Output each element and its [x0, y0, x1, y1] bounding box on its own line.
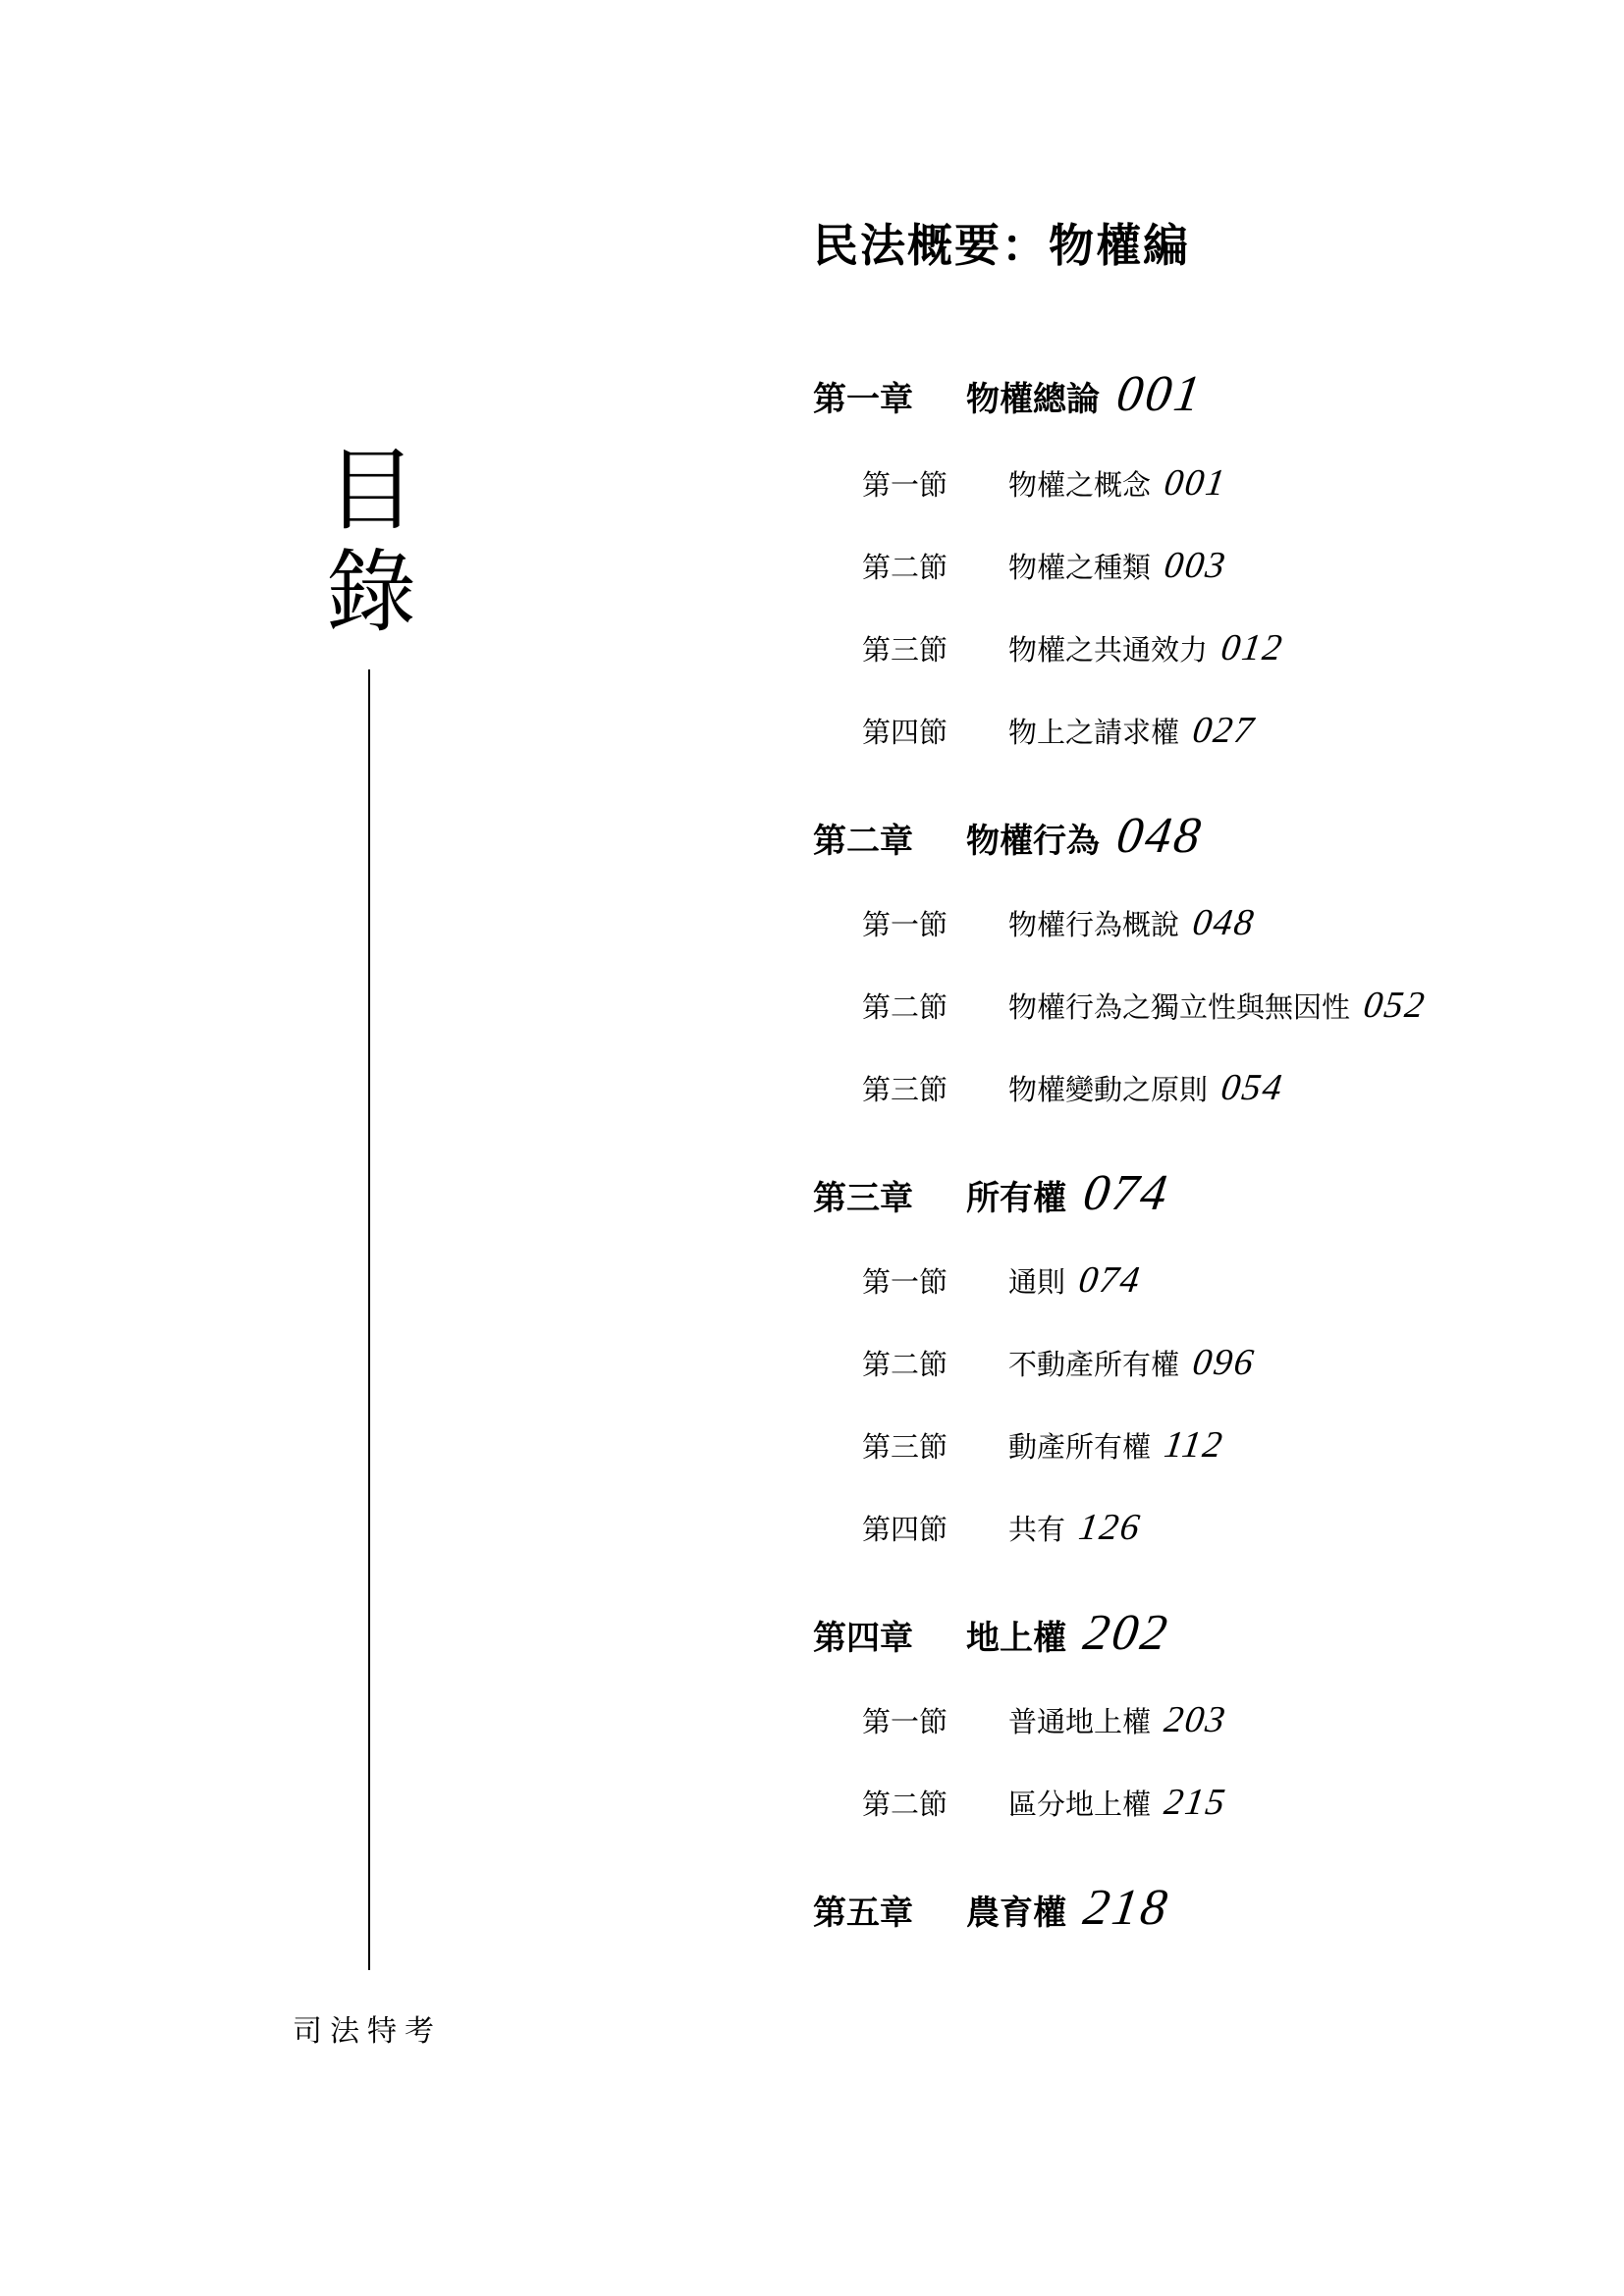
section-title: 通則	[1008, 1260, 1065, 1301]
section-entry[interactable]: 第二節 物權之種類 003	[862, 544, 1226, 587]
section-page-number: 003	[1162, 544, 1229, 587]
section-label: 第二節	[862, 1783, 1008, 1823]
section-entry[interactable]: 第二節 區分地上權 215	[862, 1781, 1226, 1824]
section-label: 第三節	[862, 1068, 1008, 1108]
section-page-number: 027	[1190, 709, 1258, 752]
section-entry[interactable]: 第一節 物權行為概說 048	[862, 901, 1255, 944]
section-title: 區分地上權	[1008, 1783, 1151, 1823]
section-page-number: 096	[1190, 1341, 1258, 1384]
section-title: 物權行為概說	[1008, 903, 1179, 943]
chapter-entry[interactable]: 第五章 農育權 218	[813, 1879, 1169, 1937]
section-title: 物權變動之原則	[1008, 1068, 1208, 1108]
section-entry[interactable]: 第一節 物權之概念 001	[862, 461, 1226, 505]
section-entry[interactable]: 第一節 通則 074	[862, 1258, 1141, 1302]
section-title: 物權之種類	[1008, 546, 1151, 586]
section-title: 共有	[1008, 1508, 1065, 1548]
section-label: 第一節	[862, 1700, 1008, 1740]
toc-heading-char-2: 錄	[322, 542, 420, 644]
section-page-number: 112	[1162, 1423, 1226, 1467]
section-entry[interactable]: 第三節 動產所有權 112	[862, 1423, 1223, 1467]
chapter-label: 第三章	[813, 1171, 966, 1219]
chapter-entry[interactable]: 第三章 所有權 074	[813, 1164, 1169, 1222]
section-label: 第一節	[862, 463, 1008, 504]
section-title: 物權行為之獨立性與無因性	[1008, 986, 1350, 1026]
section-entry[interactable]: 第四節 共有 126	[862, 1506, 1141, 1549]
section-entry[interactable]: 第二節 不動產所有權 096	[862, 1341, 1255, 1384]
section-label: 第四節	[862, 1508, 1008, 1548]
chapter-entry[interactable]: 第二章 物權行為 048	[813, 807, 1203, 865]
section-page-number: 203	[1162, 1698, 1229, 1741]
section-label: 第一節	[862, 903, 1008, 943]
section-entry[interactable]: 第一節 普通地上權 203	[862, 1698, 1226, 1741]
section-title: 普通地上權	[1008, 1700, 1151, 1740]
section-page-number: 052	[1361, 984, 1429, 1027]
toc-heading-char-1: 目	[322, 440, 420, 542]
chapter-title: 地上權	[966, 1611, 1066, 1659]
chapter-entry[interactable]: 第一章 物權總論 001	[813, 365, 1203, 423]
section-label: 第一節	[862, 1260, 1008, 1301]
section-page-number: 012	[1218, 626, 1286, 669]
section-title: 物權之共通效力	[1008, 628, 1208, 668]
section-label: 第三節	[862, 1425, 1008, 1466]
chapter-entry[interactable]: 第四章 地上權 202	[813, 1604, 1169, 1662]
chapter-title: 物權總論	[966, 372, 1100, 420]
chapter-title: 農育權	[966, 1886, 1066, 1934]
section-title: 物權之概念	[1008, 463, 1151, 504]
section-page-number: 054	[1218, 1066, 1286, 1109]
chapter-page-number: 218	[1080, 1879, 1173, 1937]
toc-heading: 目 錄	[322, 440, 420, 644]
section-label: 第四節	[862, 711, 1008, 751]
vertical-divider	[368, 669, 370, 1970]
section-page-number: 215	[1162, 1781, 1229, 1824]
section-page-number: 126	[1076, 1506, 1144, 1549]
chapter-page-number: 074	[1080, 1164, 1173, 1222]
section-label: 第二節	[862, 546, 1008, 586]
section-label: 第三節	[862, 628, 1008, 668]
section-page-number: 048	[1190, 901, 1258, 944]
section-title: 動產所有權	[1008, 1425, 1151, 1466]
chapter-page-number: 048	[1113, 807, 1207, 865]
book-title: 民法概要：物權編	[813, 218, 1190, 273]
section-entry[interactable]: 第三節 物權變動之原則 054	[862, 1066, 1283, 1109]
chapter-label: 第二章	[813, 814, 966, 862]
section-entry[interactable]: 第二節 物權行為之獨立性與無因性 052	[862, 984, 1426, 1027]
section-title: 物上之請求權	[1008, 711, 1179, 751]
chapter-page-number: 001	[1113, 365, 1207, 423]
section-label: 第二節	[862, 986, 1008, 1026]
section-page-number: 074	[1076, 1258, 1144, 1302]
section-page-number: 001	[1162, 461, 1229, 505]
section-label: 第二節	[862, 1343, 1008, 1383]
chapter-page-number: 202	[1080, 1604, 1173, 1662]
chapter-title: 所有權	[966, 1171, 1066, 1219]
chapter-label: 第四章	[813, 1611, 966, 1659]
chapter-label: 第一章	[813, 372, 966, 420]
series-label: 司法特考	[293, 2012, 442, 2052]
chapter-title: 物權行為	[966, 814, 1100, 862]
section-title: 不動產所有權	[1008, 1343, 1179, 1383]
section-entry[interactable]: 第四節 物上之請求權 027	[862, 709, 1255, 752]
chapter-label: 第五章	[813, 1886, 966, 1934]
section-entry[interactable]: 第三節 物權之共通效力 012	[862, 626, 1283, 669]
